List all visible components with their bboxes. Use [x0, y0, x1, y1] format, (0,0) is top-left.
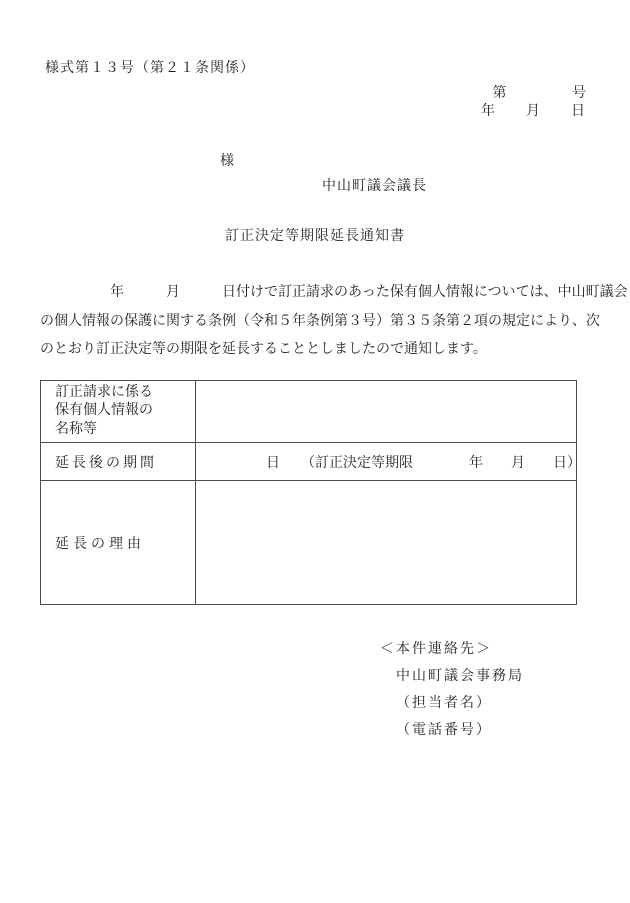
contact-phone: （電話番号）	[396, 717, 524, 744]
contact-office: 中山町議会事務局	[396, 663, 524, 690]
table-row-personal-info: 訂正請求に係る 保有個人情報の 名称等	[41, 381, 577, 443]
document-number-line: 第 号	[493, 86, 588, 102]
row-value-extension-reason	[196, 481, 577, 605]
contact-heading: ＜本件連絡先＞	[380, 636, 524, 663]
contact-block: ＜本件連絡先＞ 中山町議会事務局 （担当者名） （電話番号）	[380, 636, 524, 744]
form-number-label: 様式第１３号（第２１条関係）	[45, 61, 255, 77]
document-page: 様式第１３号（第２１条関係） 第 号 年 月 日 様 中山町議会議長 訂正決定等…	[0, 0, 630, 903]
contact-person: （担当者名）	[396, 690, 524, 717]
row-label-personal-info-name: 訂正請求に係る 保有個人情報の 名称等	[41, 381, 196, 443]
sender-name: 中山町議会議長	[322, 179, 427, 195]
row-label-extended-period: 延長後の期間	[41, 443, 196, 481]
addressee-honorific: 様	[220, 154, 235, 170]
row-value-personal-info-name	[196, 381, 577, 443]
body-line-3: のとおり訂正決定等の期限を延長することとしましたので通知します。	[40, 336, 600, 365]
document-date-line: 年 月 日	[481, 104, 586, 120]
row-label-extension-reason: 延長の理由	[41, 481, 196, 605]
row-value-extended-period: 日 （訂正決定等期限 年 月 日）	[196, 443, 577, 481]
extension-details-table: 訂正請求に係る 保有個人情報の 名称等 延長後の期間 日 （訂正決定等期限 年 …	[40, 380, 577, 605]
body-paragraph: 年 月 日付けで訂正請求のあった保有個人情報については、中山町議会 の個人情報の…	[40, 279, 600, 365]
document-title: 訂正決定等期限延長通知書	[0, 229, 630, 245]
body-line-1: 年 月 日付けで訂正請求のあった保有個人情報については、中山町議会	[40, 279, 600, 308]
table-row-extended-period: 延長後の期間 日 （訂正決定等期限 年 月 日）	[41, 443, 577, 481]
body-line-2: の個人情報の保護に関する条例（令和５年条例第３号）第３５条第２項の規定により、次	[40, 308, 600, 337]
table-row-extension-reason: 延長の理由	[41, 481, 577, 605]
